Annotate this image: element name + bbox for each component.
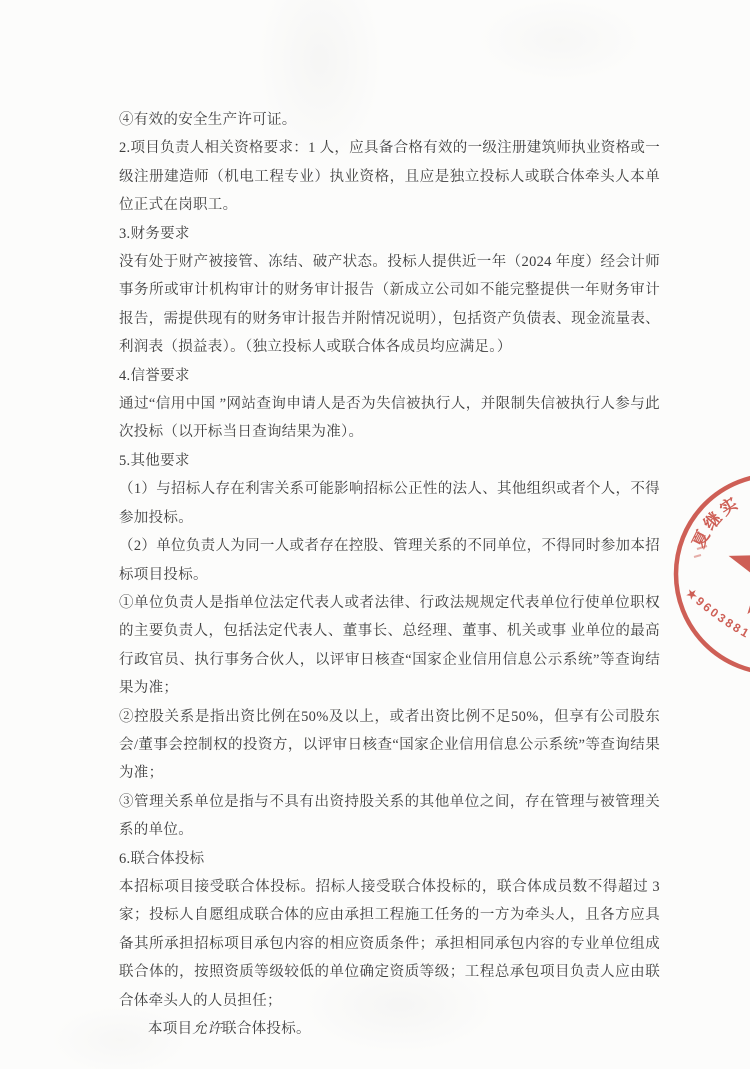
text-run: 没有处于财产被接管、冻结、破产状态。投标人提供近一年（2024 年度）经会计师事…: [119, 254, 660, 355]
paragraph: ④有效的安全生产许可证。: [119, 106, 660, 134]
paragraph: 4.信誉要求: [119, 362, 660, 390]
text-run: （2）单位负责人为同一人或者存在控股、管理关系的不同单位，不得同时参加本招标项目…: [119, 538, 660, 582]
text-run: ④有效的安全生产许可证。: [119, 112, 297, 128]
text-run: 3.财务要求: [119, 226, 190, 242]
seal-ring: [676, 475, 750, 673]
seal-faded-strokes: [694, 546, 707, 557]
text-run: 2.项目负责人相关资格要求：1 人，应具备合格有效的一级注册建筑师执业资格或一级…: [119, 140, 660, 213]
text-run: 通过“信用中国 ”网站查询申请人是否为失信被执行人，并限制失信被执行人参与此次投…: [119, 396, 660, 440]
text-run: ①单位负责人是指单位法定代表人或者法律、行政法规规定代表单位行使单位职权的主要负…: [119, 595, 660, 696]
text-run: ②控股关系是指出资比例在50%及以上，或者出资比例不足50%，但享有公司股东会/…: [119, 709, 660, 782]
paragraph: 2.项目负责人相关资格要求：1 人，应具备合格有效的一级注册建筑师执业资格或一级…: [119, 134, 660, 219]
seal-arc-text: 夏继实: [688, 492, 744, 551]
text-run: 本项目: [148, 1021, 192, 1037]
text-run: 5.其他要求: [119, 453, 190, 469]
paragraph: 本招标项目接受联合体投标。招标人接受联合体投标的，联合体成员数不得超过 3 家；…: [119, 873, 660, 1015]
text-run: 4.信誉要求: [119, 368, 190, 384]
text-run: 允许: [192, 1021, 222, 1037]
document-body: ④有效的安全生产许可证。2.项目负责人相关资格要求：1 人，应具备合格有效的一级…: [119, 106, 660, 1043]
paragraph: 3.财务要求: [119, 220, 660, 248]
seal-group: 夏继实 ★9603881: [676, 475, 750, 673]
text-run: 6.联合体投标: [119, 851, 204, 867]
paragraph: ①单位负责人是指单位法定代表人或者法律、行政法规规定代表单位行使单位职权的主要负…: [119, 589, 660, 703]
scanned-document-page: ④有效的安全生产许可证。2.项目负责人相关资格要求：1 人，应具备合格有效的一级…: [0, 0, 750, 1069]
paragraph: 没有处于财产被接管、冻结、破产状态。投标人提供近一年（2024 年度）经会计师事…: [119, 248, 660, 362]
paragraph: ②控股关系是指出资比例在50%及以上，或者出资比例不足50%，但享有公司股东会/…: [119, 703, 660, 788]
paragraph: （2）单位负责人为同一人或者存在控股、管理关系的不同单位，不得同时参加本招标项目…: [119, 532, 660, 589]
text-run: ③管理关系单位是指与不具有出资持股关系的其他单位之间，存在管理与被管理关系的单位…: [119, 794, 660, 838]
text-run: 联合体投标。: [222, 1021, 311, 1037]
paragraph: 6.联合体投标: [119, 845, 660, 873]
star-icon: [729, 520, 750, 614]
text-run: （1）与招标人存在利害关系可能影响招标公正性的法人、其他组织或者个人，不得参加投…: [119, 481, 660, 525]
paragraph: 5.其他要求: [119, 447, 660, 475]
paragraph: 本项目允许联合体投标。: [119, 1015, 660, 1043]
text-run: 本招标项目接受联合体投标。招标人接受联合体投标的，联合体成员数不得超过 3 家；…: [119, 879, 660, 1009]
paragraph: （1）与招标人存在利害关系可能影响招标公正性的法人、其他组织或者个人，不得参加投…: [119, 475, 660, 532]
paragraph: 通过“信用中国 ”网站查询申请人是否为失信被执行人，并限制失信被执行人参与此次投…: [119, 390, 660, 447]
paragraph: ③管理关系单位是指与不具有出资持股关系的其他单位之间，存在管理与被管理关系的单位…: [119, 788, 660, 845]
seal-serial-number: ★9603881: [683, 585, 750, 641]
